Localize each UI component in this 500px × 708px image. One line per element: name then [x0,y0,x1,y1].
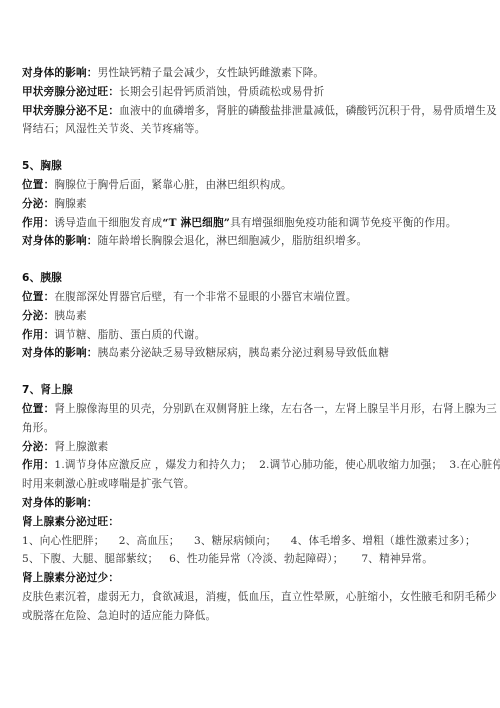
secretion-text: 胰岛素 [54,310,86,322]
paragraph-effect: 对身体的影响：男性缺钙精子量会减少，女性缺钙雌激素下降。 [22,64,482,83]
paragraph-parathyroid-deficit-cont: 肾结石；风湿性关节炎、关节疼痛等。 [22,120,482,139]
document-page: 对身体的影响：男性缺钙精子量会减少，女性缺钙雌激素下降。 甲状旁腺分泌过旺：长期… [22,64,482,626]
function-label: 作用： [22,217,54,229]
function-text: 1.调节身体应激反应 ，爆发力和持久力； 2.调节心肺功能，使心肌收缩力加强； … [54,459,500,471]
effect-label: 对身体的影响： [22,67,98,79]
excess-label: 甲状旁腺分泌过旺： [22,86,119,98]
adrenal-deficit-heading: 肾上腺素分泌过少： [22,569,482,588]
function-text-rest: 具有增强细胞免疫功能和调节免疫平衡的作用。 [230,217,457,229]
paragraph-location-cont: 角形。 [22,419,482,438]
location-label: 位置： [22,179,54,191]
adrenal-deficit-text: 皮肤色素沉着，虚弱无力，食欲减退，消瘦，低血压，直立性晕厥，心脏缩小，女性腋毛和… [22,588,482,607]
effect-label: 对身体的影响： [22,347,98,359]
secretion-label: 分泌： [22,198,54,210]
secretion-label: 分泌： [22,441,54,453]
function-text: 调节糖、脂肪、蛋白质的代谢。 [54,329,205,341]
function-label: 作用： [22,459,54,471]
location-text: 在腹部深处胃器官后壁，有一个非常不显眼的小器官末端位置。 [54,291,356,303]
effect-text: 胰岛素分泌缺乏易导致糖尿病，胰岛素分泌过剩易导致低血糖 [98,347,389,359]
location-text: 肾上腺像海里的贝壳，分别趴在双侧肾脏上缘，左右各一，左肾上腺呈半月形，右肾上腺为… [54,403,497,415]
paragraph-location: 位置：在腹部深处胃器官后壁，有一个非常不显眼的小器官末端位置。 [22,288,482,307]
function-text: 诱导造血干细胞发育成 [54,217,162,229]
secretion-text: 肾上腺激素 [54,441,108,453]
effect-heading: 对身体的影响： [22,494,482,513]
paragraph-location: 位置：肾上腺像海里的贝壳，分别趴在双侧肾脏上缘，左右各一，左肾上腺呈半月形，右肾… [22,400,482,419]
t-cell-emphasis: “T 淋巴细胞” [162,217,230,229]
secretion-label: 分泌： [22,310,54,322]
adrenal-deficit-text-cont: 或脱落在危险、急迫时的适应能力降低。 [22,607,482,626]
paragraph-function: 作用：1.调节身体应激反应 ，爆发力和持久力； 2.调节心肺功能，使心肌收缩力加… [22,456,482,475]
paragraph-effect: 对身体的影响：随年龄增长胸腺会退化，淋巴细胞减少，脂肪组织增多。 [22,232,482,251]
location-label: 位置： [22,291,54,303]
paragraph-function-cont: 时用来刺激心脏或哮喘是扩张气管。 [22,475,482,494]
function-label: 作用： [22,329,54,341]
deficit-text: 血液中的血磷增多，肾脏的磷酸盐排泄量减低，磷酸钙沉积于骨，易骨质增生及 [119,105,497,117]
section-title-pancreas: 6、胰腺 [22,269,482,288]
paragraph-parathyroid-deficit: 甲状旁腺分泌不足：血液中的血磷增多，肾脏的磷酸盐排泄量减低，磷酸钙沉积于骨，易骨… [22,102,482,121]
adrenal-excess-heading: 肾上腺素分泌过旺： [22,513,482,532]
effect-text: 男性缺钙精子量会减少，女性缺钙雌激素下降。 [98,67,325,79]
paragraph-effect: 对身体的影响：胰岛素分泌缺乏易导致糖尿病，胰岛素分泌过剩易导致低血糖 [22,344,482,363]
section-title-adrenal: 7、肾上腺 [22,381,482,400]
adrenal-excess-list-1: 1、向心性肥胖； 2、高血压； 3、糖尿病倾向； 4、体毛增多、增粗（雄性激素过… [22,532,482,551]
location-text: 胸腺位于胸骨后面，紧靠心脏，由淋巴组织构成。 [54,179,291,191]
paragraph-function: 作用：调节糖、脂肪、蛋白质的代谢。 [22,326,482,345]
paragraph-secretion: 分泌：胰岛素 [22,307,482,326]
paragraph-location: 位置：胸腺位于胸骨后面，紧靠心脏，由淋巴组织构成。 [22,176,482,195]
effect-label: 对身体的影响： [22,235,98,247]
deficit-label: 甲状旁腺分泌不足： [22,105,119,117]
effect-text: 随年龄增长胸腺会退化，淋巴细胞减少，脂肪组织增多。 [98,235,368,247]
paragraph-function: 作用：诱导造血干细胞发育成“T 淋巴细胞”具有增强细胞免疫功能和调节免疫平衡的作… [22,214,482,233]
paragraph-secretion: 分泌：肾上腺激素 [22,438,482,457]
adrenal-excess-list-2: 5、下腹、大腿、腿部紫纹； 6、性功能异常（冷淡、勃起障碍）； 7、精神异常。 [22,550,482,569]
section-title-thymus: 5、胸腺 [22,157,482,176]
excess-text: 长期会引起骨钙质消蚀，骨质疏松或易骨折 [119,86,324,98]
location-label: 位置： [22,403,54,415]
paragraph-secretion: 分泌：胸腺素 [22,195,482,214]
paragraph-parathyroid-excess: 甲状旁腺分泌过旺：长期会引起骨钙质消蚀，骨质疏松或易骨折 [22,83,482,102]
secretion-text: 胸腺素 [54,198,86,210]
